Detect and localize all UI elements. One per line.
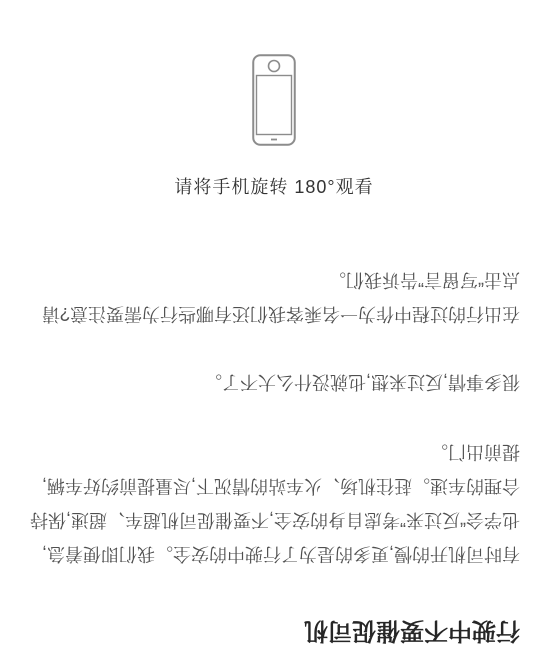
rotate-hint: 请将手机旋转 180°观看 [0,0,548,199]
article-page: 请将手机旋转 180°观看 行驶中不要催促司机 有时司机开的慢,更多的是为了行驶… [0,0,548,671]
rotate-hint-caption: 请将手机旋转 180°观看 [0,173,548,199]
article-paragraph-3: 在出行的过程中作为一名乘客我们还有哪些行为需要注意?请点击“写留言”告诉我们。 [30,263,520,331]
upside-down-phone-icon [252,54,296,146]
rotated-article-content: 行驶中不要催促司机 有时司机开的慢,更多的是为了行驶中的安全。我们即便着急,也学… [0,263,548,659]
article-paragraph-2: 很多事情,反过来想,也就没什么大不了。 [30,365,520,399]
article-title: 行驶中不要催促司机 [30,615,520,645]
article-paragraph-1: 有时司机开的慢,更多的是为了行驶中的安全。我们即便着急,也学会“反过来”考虑自身… [30,435,520,571]
